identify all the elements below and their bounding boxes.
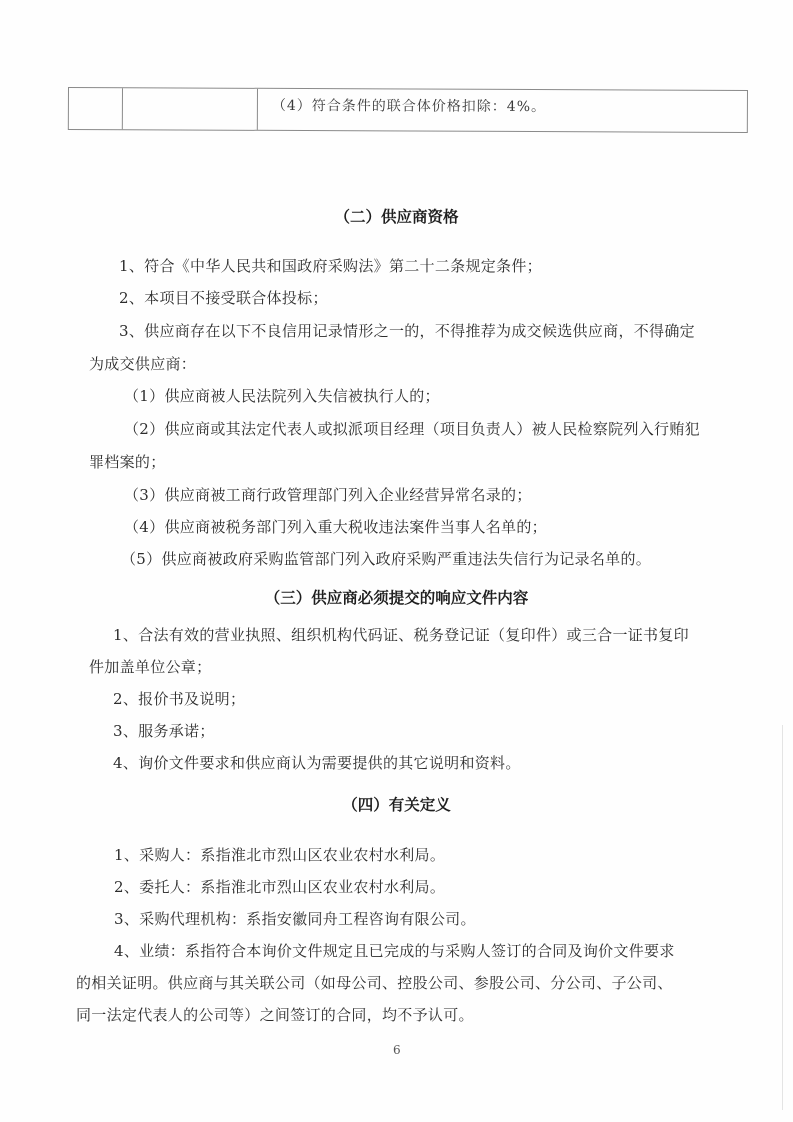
section-heading-required-documents: （三）供应商必须提交的响应文件内容 [0, 586, 793, 608]
section-heading-definitions: （四）有关定义 [0, 793, 793, 815]
paragraph-line: 同一法定代表人的公司等）之间签订的合同，均不予认可。 [76, 1004, 474, 1025]
paragraph-line: 1、采购人：系指淮北市烈山区农业农村水利局。 [114, 844, 445, 865]
paragraph-line: 的相关证明。供应商与其关联公司（如母公司、控股公司、参股公司、分公司、子公司、 [76, 972, 673, 993]
paragraph-line: 3、服务承诺； [113, 720, 215, 741]
paragraph-line: 2、委托人：系指淮北市烈山区农业农村水利局。 [114, 876, 445, 897]
paragraph-line: 为成交供应商： [89, 353, 196, 374]
paragraph-line: 2、本项目不接受联合体投标； [119, 287, 328, 308]
section-heading-supplier-qualification: （二）供应商资格 [0, 205, 793, 227]
paragraph-line: 3、采购代理机构：系指安徽同舟工程咨询有限公司。 [114, 908, 476, 929]
table-cell [69, 88, 123, 129]
paragraph-line: 3、供应商存在以下不良信用记录情形之一的，不得推荐为成交候选供应商，不得确定 [119, 320, 695, 341]
table-cell-price-deduction: （4）符合条件的联合体价格扣除：4%。 [258, 89, 747, 132]
paragraph-line: （5）供应商被政府采购监管部门列入政府采购严重违法失信行为记录名单的。 [121, 548, 651, 569]
paragraph-line: 件加盖单位公章； [89, 656, 211, 677]
paragraph-line: 罪档案的； [89, 451, 166, 472]
page-number: 6 [393, 1043, 401, 1057]
paragraph-line: 4、询价文件要求和供应商认为需要提供的其它说明和资料。 [113, 752, 521, 773]
paragraph-line: （1）供应商被人民法院列入失信被执行人的； [124, 385, 440, 406]
paragraph-line: 4、业绩：系指符合本询价文件规定且已完成的与采购人签订的合同及询价文件要求 [114, 940, 675, 961]
scan-edge-line [782, 725, 783, 1110]
paragraph-line: （4）供应商被税务部门列入重大税收违法案件当事人名单的； [124, 516, 547, 537]
paragraph-line: 1、符合《中华人民共和国政府采购法》第二十二条规定条件； [119, 255, 542, 276]
table-cell [123, 88, 258, 130]
paragraph-line: （3）供应商被工商行政管理部门列入企业经营异常名录的； [124, 484, 532, 505]
paragraph-line: （2）供应商或其法定代表人或拟派项目经理（项目负责人）被人民检察院列入行贿犯 [124, 418, 700, 439]
document-page: （4）符合条件的联合体价格扣除：4%。 （二）供应商资格 1、符合《中华人民共和… [0, 0, 793, 1122]
table-fragment: （4）符合条件的联合体价格扣除：4%。 [68, 87, 748, 133]
paragraph-line: 1、合法有效的营业执照、组织机构代码证、税务登记证（复印件）或三合一证书复印 [113, 624, 689, 645]
paragraph-line: 2、报价书及说明； [113, 688, 245, 709]
